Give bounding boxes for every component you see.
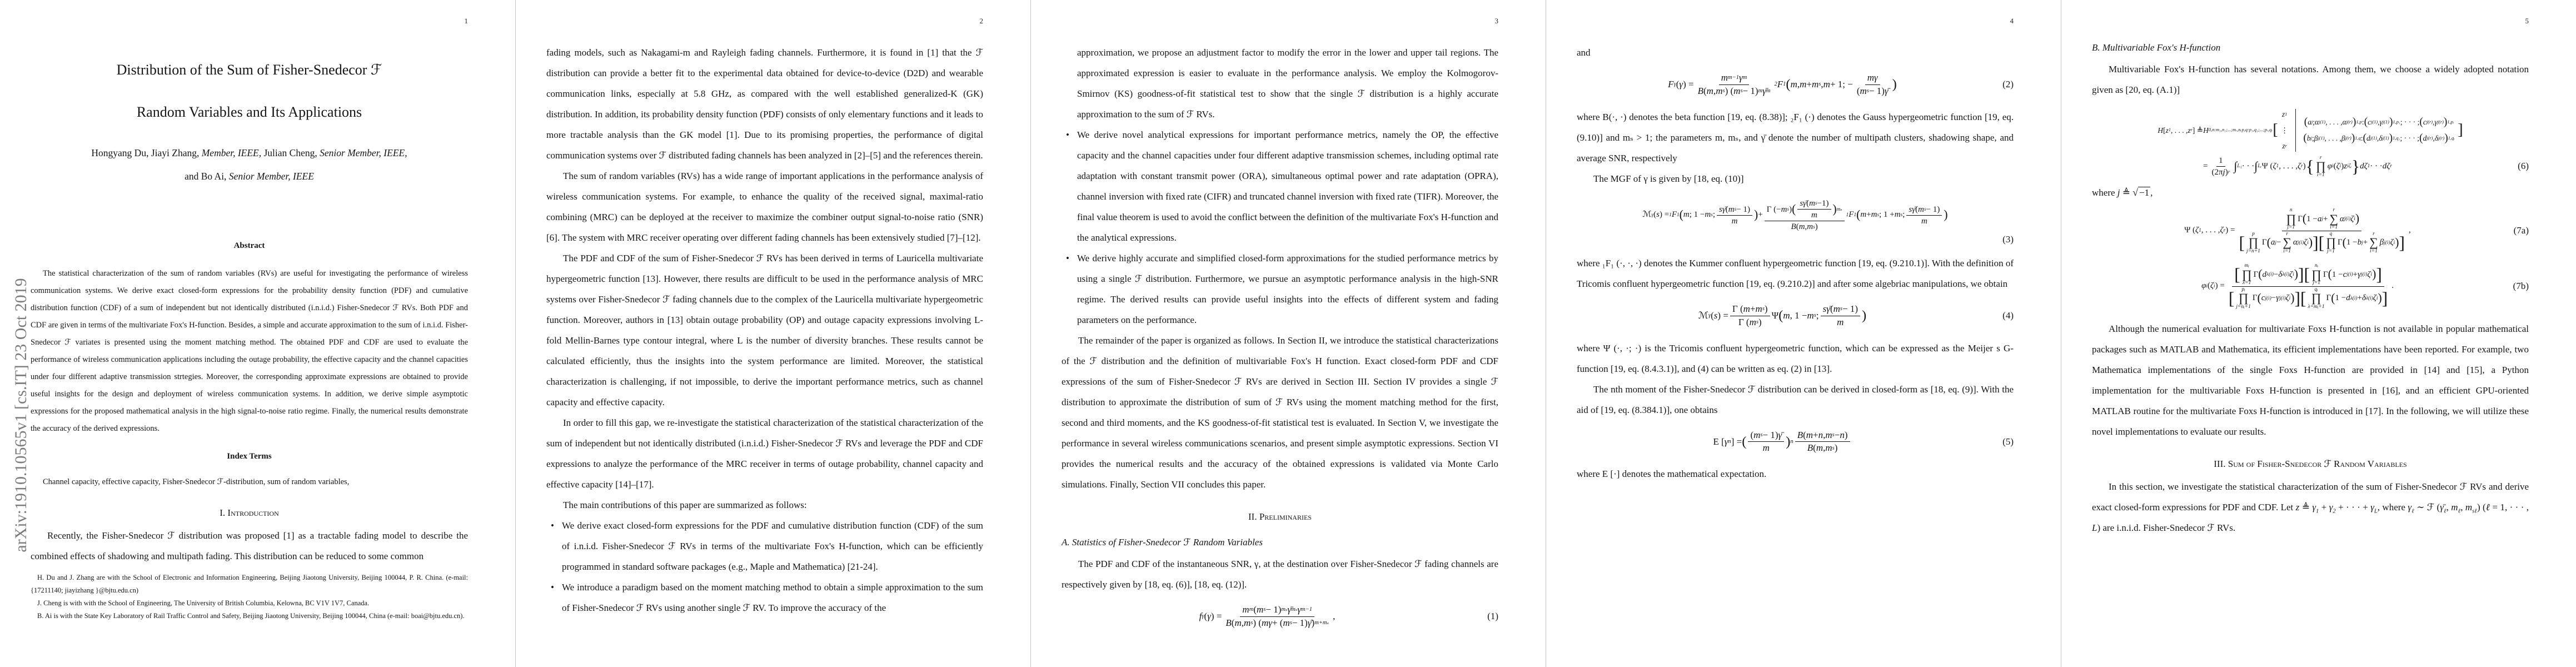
bullet-text: We derive novel analytical expressions f… [1077, 130, 1498, 243]
author-line: Hongyang Du, Jiayi Zhang, Member, IEEE, … [31, 141, 468, 188]
bullet-text: We introduce a paradigm based on the mom… [562, 582, 983, 613]
title-block: Distribution of the Sum of Fisher-Snedec… [31, 49, 468, 133]
paragraph: where B(·, ·) denotes the beta function … [1577, 107, 2014, 168]
author-line-1: Hongyang Du, Jiayi Zhang, Member, IEEE, … [31, 141, 468, 165]
document-sheet: 1 arXiv:1910.10565v1 [cs.IT] 23 Oct 2019… [0, 0, 2576, 667]
equation-4: ℳγ (s) = Γ (m + ms)Γ (ms)Ψ (m, 1 − ms; s… [1577, 303, 2014, 329]
author-role: Member, IEEE, [202, 147, 261, 158]
bullet-item: •We derive highly accurate and simplifie… [1077, 248, 1498, 330]
paragraph: The sum of random variables (RVs) has a … [546, 166, 983, 248]
page-number: 4 [2010, 17, 2014, 26]
author-role: Senior Member, IEEE [229, 171, 314, 182]
equation-2-body: Fγ (γ) = mm−1γmB (m, ms) (ms − 1)mγ̄m2F1… [1577, 72, 1988, 98]
page-3: 3 approximation, we propose an adjustmen… [1030, 0, 1546, 667]
page-5: 5 B. Multivariable Fox's H-function Mult… [2061, 0, 2576, 667]
footnote-2: J. Cheng is with with the School of Engi… [31, 597, 468, 610]
paragraph: where Ψ (·, ·; ·) is the Tricomis conflu… [1577, 338, 2014, 379]
equation-1-number: (1) [1473, 611, 1498, 622]
equation-7a-number: (7a) [2503, 225, 2529, 236]
index-terms-heading: Index Terms [31, 452, 468, 461]
paragraph: where ₁F₁ (·, ·, ·) denotes the Kummer c… [1577, 253, 2014, 294]
bullet-text: We derive highly accurate and simplified… [1077, 253, 1498, 325]
equation-3-number: (3) [1577, 234, 2014, 245]
footnote-3: B. Ai is with the State Key Laboratory o… [31, 610, 468, 623]
equation-3: ℳγ (s) = 1F1(m; 1 − ms; sγ̄ (ms − 1)m) +… [1577, 198, 2014, 233]
paragraph: The PDF and CDF of the instantaneous SNR… [1062, 554, 1498, 595]
paragraph: Multivariable Fox's H-function has sever… [2092, 59, 2529, 100]
equation-6-integral: = 1(2πj)r∫L₁ · · · ∫Lᵣ Ψ (ζ1, . . . , ζr… [2092, 155, 2503, 178]
paragraph: Although the numerical evaluation for mu… [2092, 318, 2529, 442]
where-j-line: where j ≜ √−1, [2092, 187, 2529, 198]
equation-6-line2: = 1(2πj)r∫L₁ · · · ∫Lᵣ Ψ (ζ1, . . . , ζr… [2092, 155, 2529, 178]
paragraph: The nth moment of the Fisher-Snedecor ℱ … [1577, 379, 2014, 420]
paragraph: and [1577, 42, 2014, 63]
section-heading-3: III. Sum of Fisher-Snedecor ℱ Random Var… [2092, 459, 2529, 470]
equation-3-body: ℳγ (s) = 1F1(m; 1 − ms; sγ̄ (ms − 1)m) +… [1577, 198, 2014, 233]
paragraph: In order to fill this gap, we re-investi… [546, 412, 983, 495]
page-2: 2 fading models, such as Nakagami-m and … [515, 0, 1030, 667]
paper-title-line1: Distribution of the Sum of Fisher-Snedec… [31, 49, 468, 91]
paragraph: Recently, the Fisher-Snedecor ℱ distribu… [31, 525, 468, 566]
equation-5-number: (5) [1988, 436, 2014, 447]
subsection-heading-A: A. Statistics of Fisher-Snedecor ℱ Rando… [1062, 537, 1498, 548]
subsection-heading-B: B. Multivariable Fox's H-function [2092, 42, 2529, 53]
bullet-icon: • [551, 515, 554, 536]
page-4: 4 and Fγ (γ) = mm−1γmB (m, ms) (ms − 1)m… [1546, 0, 2061, 667]
author-line-2: and Bo Ai, Senior Member, IEEE [31, 165, 468, 188]
bullet-icon: • [551, 577, 554, 598]
page-1: 1 arXiv:1910.10565v1 [cs.IT] 23 Oct 2019… [0, 0, 515, 667]
equation-4-body: ℳγ (s) = Γ (m + ms)Γ (ms)Ψ (m, 1 − ms; s… [1577, 303, 1988, 329]
equation-7b: φi (ζi) = [mᵢ∏λ=1Γ (dλ(i) − δλ(i)ζi)] [n… [2092, 263, 2529, 310]
paragraph: The remainder of the paper is organized … [1062, 330, 1498, 495]
bullet-icon: • [1066, 125, 1069, 145]
equation-2-number: (2) [1988, 79, 2014, 90]
equation-1: fγ (γ) = mm(ms − 1)mₛγ̄mₛγm−1B (m, ms) (… [1062, 604, 1498, 630]
equation-6-matrix: H [z1, . . . , zr] ≜ H0,n:m₁,n₁;...;mᵣ,n… [2092, 109, 2529, 152]
page-number: 1 [465, 17, 469, 26]
index-terms-text: Channel capacity, effective capacity, Fi… [31, 474, 468, 491]
equation-6-line1: H [z1, . . . , zr] ≜ H0,n:m₁,n₁;...;mᵣ,n… [2092, 109, 2529, 152]
bullet-icon: • [1066, 248, 1069, 268]
paragraph: The main contributions of this paper are… [546, 495, 983, 515]
paragraph: In this section, we investigate the stat… [2092, 476, 2529, 538]
equation-2: Fγ (γ) = mm−1γmB (m, ms) (ms − 1)mγ̄m2F1… [1577, 72, 2014, 98]
page-number: 3 [1495, 17, 1499, 26]
paragraph: where E [·] denotes the mathematical exp… [1577, 464, 2014, 484]
abstract-text: The statistical characterization of the … [31, 265, 468, 437]
paragraph: The MGF of γ is given by [18, eq. (10)] [1577, 168, 2014, 189]
equation-4-number: (4) [1988, 310, 2014, 321]
section-heading-2: II. Preliminaries [1062, 511, 1498, 522]
footnote-1: H. Du and J. Zhang are with the School o… [31, 571, 468, 597]
bullet-item: •We derive novel analytical expressions … [1077, 125, 1498, 248]
footnotes: H. Du and J. Zhang are with the School o… [31, 571, 468, 623]
equation-5-body: E [γn] = ((ms − 1) γ̄m)nB (m + n, ms − n… [1577, 429, 1988, 455]
paragraph-text: are i.n.i.d. Fisher-Snedecor ℱ RVs. [2102, 522, 2235, 533]
paragraph: The PDF and CDF of the sum of Fisher-Sne… [546, 248, 983, 412]
abstract-heading: Abstract [31, 241, 468, 251]
equation-7a-body: Ψ (ζ1, . . . , ζr) = n∏j=1Γ (1 − aj + r∑… [2092, 207, 2503, 254]
equation-5: E [γn] = ((ms − 1) γ̄m)nB (m + n, ms − n… [1577, 429, 2014, 455]
bullet-continuation: approximation, we propose an adjustment … [1077, 42, 1498, 125]
author-names: Julian Cheng, [261, 147, 320, 158]
author-names: Hongyang Du, Jiayi Zhang, [91, 147, 201, 158]
equation-6-number: (6) [2503, 161, 2529, 172]
page-number: 5 [2525, 17, 2529, 26]
paragraph: fading models, such as Nakagami-m and Ra… [546, 42, 983, 166]
bullet-item: •We introduce a paradigm based on the mo… [562, 577, 983, 618]
equation-7a: Ψ (ζ1, . . . , ζr) = n∏j=1Γ (1 − aj + r∑… [2092, 207, 2529, 254]
author-role: Senior Member, IEEE, [320, 147, 407, 158]
arxiv-watermark: arXiv:1910.10565v1 [cs.IT] 23 Oct 2019 [12, 221, 31, 610]
equation-7b-body: φi (ζi) = [mᵢ∏λ=1Γ (dλ(i) − δλ(i)ζi)] [n… [2092, 263, 2503, 310]
equation-7b-number: (7b) [2503, 281, 2529, 292]
paper-title-line2: Random Variables and Its Applications [31, 91, 468, 133]
section-heading-1: I. Introduction [31, 507, 468, 519]
bullet-text: We derive exact closed-form expressions … [562, 520, 983, 572]
equation-1-body: fγ (γ) = mm(ms − 1)mₛγ̄mₛγm−1B (m, ms) (… [1062, 604, 1473, 630]
author-names: and Bo Ai, [185, 171, 229, 182]
bullet-item: •We derive exact closed-form expressions… [562, 515, 983, 577]
page-number: 2 [980, 17, 984, 26]
